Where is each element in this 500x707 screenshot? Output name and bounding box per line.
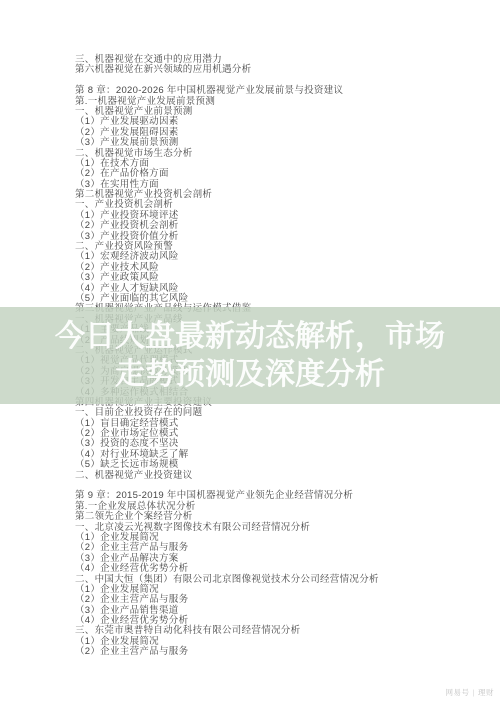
banner-title-line2: 走势预测及深度分析 [115, 356, 385, 394]
toc-line: 第六机器视觉在新兴领域的应用机遇分析 [75, 65, 500, 75]
toc-line: （3）产业发展前景预测 [75, 138, 500, 148]
watermark-section: 理财 [478, 688, 494, 697]
watermark-separator: | [473, 688, 475, 697]
toc-line: 第 8 章：2020-2026 年中国机器视觉产业发展前景与投资建议 [75, 86, 500, 96]
headline-banner: 今日大盘最新动态解析，市场 走势预测及深度分析 [0, 307, 500, 404]
toc-line: （2）企业主营产品与服务 [75, 647, 500, 657]
watermark-source: 网易号 [446, 688, 470, 697]
toc-line: 二、机器视觉产业投资建议 [75, 471, 500, 481]
toc-line: （4）企业经营优劣势分析 [75, 564, 500, 574]
watermark: 网易号 | 理财 [446, 688, 494, 697]
banner-title-line1: 今日大盘最新动态解析，市场 [55, 318, 445, 356]
banner-title: 今日大盘最新动态解析，市场 走势预测及深度分析 [0, 307, 500, 404]
